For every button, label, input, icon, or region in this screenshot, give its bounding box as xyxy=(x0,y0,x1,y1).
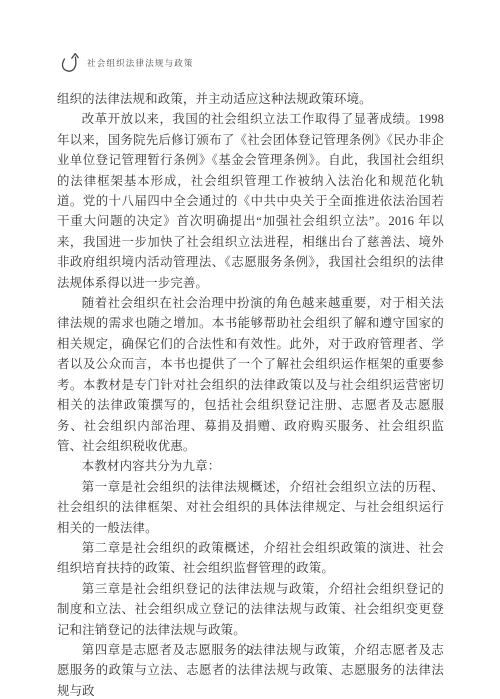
body-text: 组织的法律法规和政策，并主动适应这种法规政策环境。 改革开放以来，我国的社会组织… xyxy=(57,89,444,699)
running-head-title: 社会组织法律法规与政策 xyxy=(87,57,194,69)
curved-arrow-icon xyxy=(60,50,80,76)
paragraph-continuation: 组织的法律法规和政策，并主动适应这种法规政策环境。 xyxy=(57,89,444,109)
paragraph: 第三章是社会组织登记的法律法规与政策，介绍社会组织登记的制度和立法、社会组织成立… xyxy=(57,579,444,640)
paragraph: 第二章是社会组织的政策概述，介绍社会组织政策的演进、社会组织培育扶持的政策、社会… xyxy=(57,538,444,579)
paragraph: 改革开放以来，我国的社会组织立法工作取得了显著成绩。1998 年以来，国务院先后… xyxy=(57,109,444,293)
page-number: 2 xyxy=(0,644,500,656)
document-page: 社会组织法律法规与政策 组织的法律法规和政策，并主动适应这种法规政策环境。 改革… xyxy=(0,0,500,699)
page-header: 社会组织法律法规与政策 xyxy=(60,50,194,76)
paragraph: 本教材内容共分为九章： xyxy=(57,456,444,476)
paragraph: 第一章是社会组织的法律法规概述，介绍社会组织立法的历程、社会组织的法律框架、对社… xyxy=(57,477,444,538)
paragraph: 随着社会组织在社会治理中扮演的角色越来越重要，对于相关法律法规的需求也随之增加。… xyxy=(57,293,444,456)
